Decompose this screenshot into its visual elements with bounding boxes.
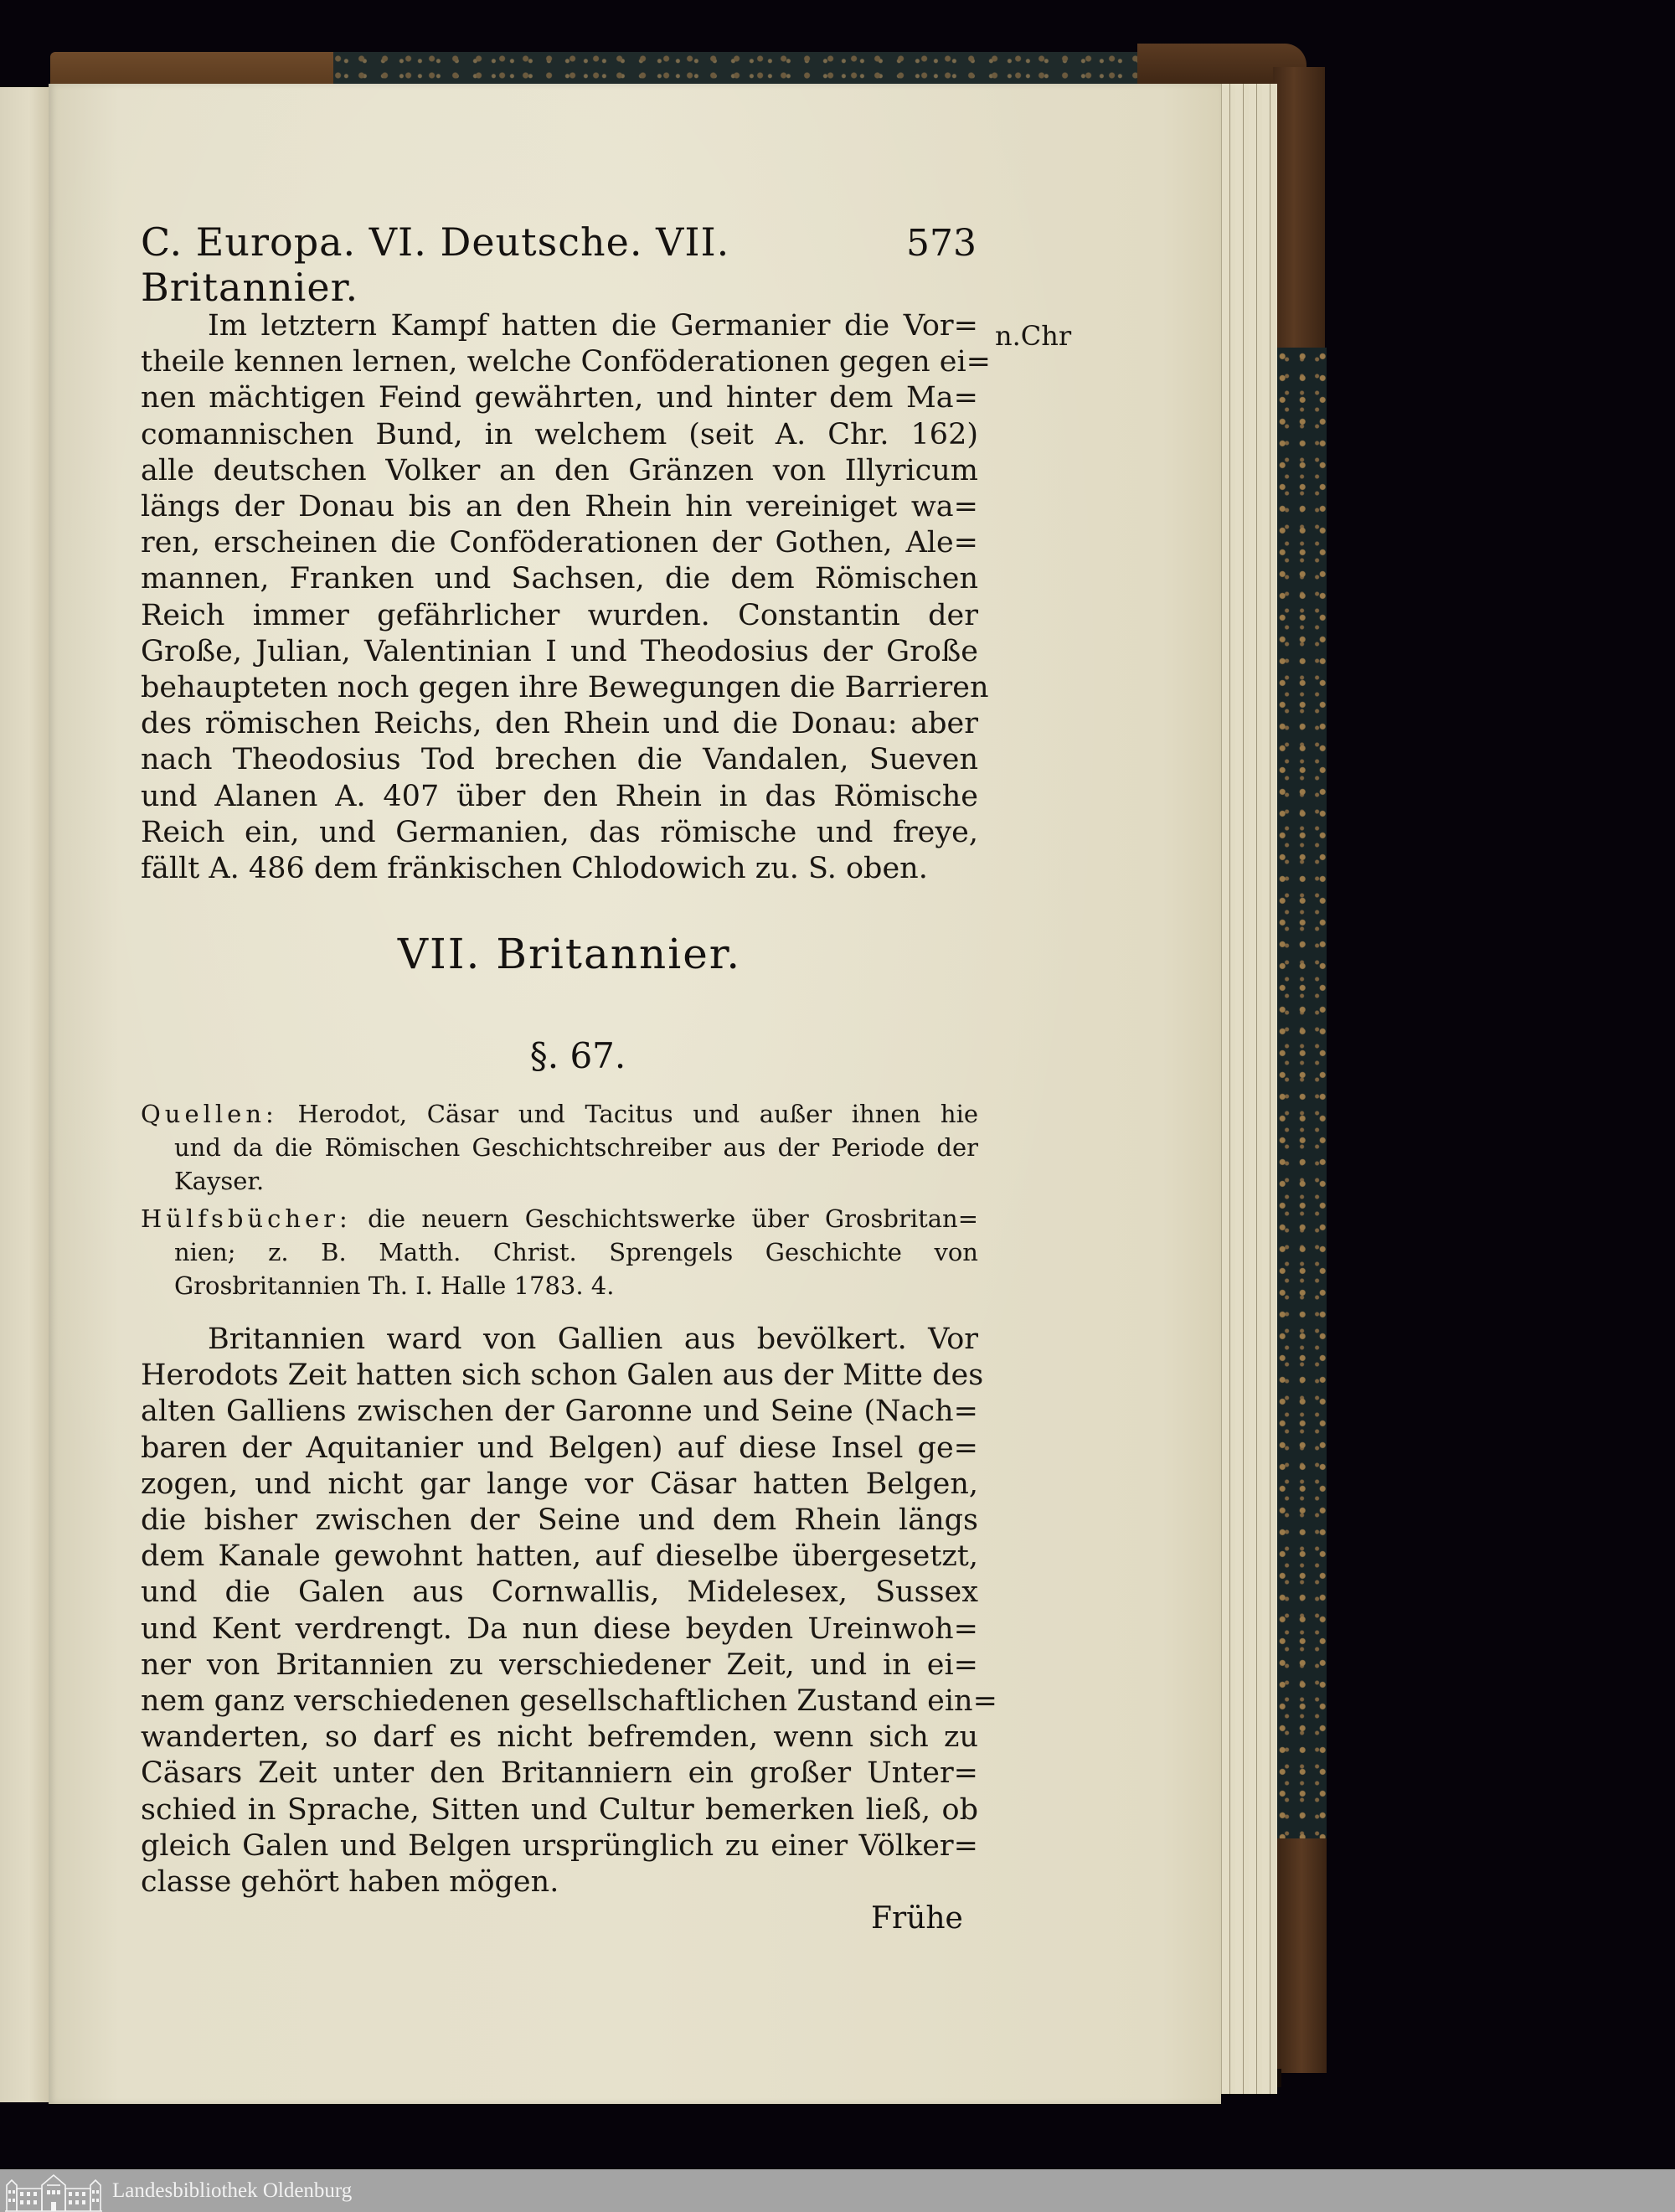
text-line: Cäsars Zeit unter den Britanniern ein gr… xyxy=(141,1756,978,1792)
text-line: ner von Britannien zu verschiedener Zeit… xyxy=(141,1647,978,1683)
text-line: wanderten, so darf es nicht befremden, w… xyxy=(141,1720,978,1756)
margin-note: n.Chr xyxy=(995,320,1071,352)
page-number: 573 xyxy=(906,222,977,265)
text-line: die neuern Geschichtswerke über Grosbrit… xyxy=(368,1204,978,1233)
aids-label: Hülfsbücher: xyxy=(141,1204,352,1233)
text-line: Reich immer gefährlicher wurden. Constan… xyxy=(141,598,978,634)
text-line: Kayser. xyxy=(141,1164,978,1198)
text-line: behaupteten noch gegen ihre Bewegungen d… xyxy=(141,670,978,706)
facing-page-edge xyxy=(0,87,49,2102)
text-line: und Alanen A. 407 über den Rhein in das … xyxy=(141,779,978,815)
text-line: zogen, und nicht gar lange vor Cäsar hat… xyxy=(141,1467,978,1503)
text-line: Im letztern Kampf hatten die Germanier d… xyxy=(141,308,978,344)
text-line: theile kennen lernen, welche Conföderati… xyxy=(141,344,978,380)
book-spine-leather-bottom xyxy=(1276,1838,1327,2073)
text-line: alle deutschen Volker an den Gränzen von… xyxy=(141,453,978,489)
page-stack-edges xyxy=(1221,84,1277,2094)
text-line: baren der Aquitanier und Belgen) auf die… xyxy=(141,1431,978,1467)
text-line: Reich ein, und Germanien, das römische u… xyxy=(141,815,978,851)
paragraph-germanier: Im letztern Kampf hatten die Germanier d… xyxy=(141,308,978,887)
running-head-title: C. Europa. VI. Deutsche. VII. Britannier… xyxy=(141,219,906,310)
book-spine-leather-top xyxy=(1273,67,1325,352)
footer-bar: Landesbibliothek Oldenburg xyxy=(0,2169,1675,2212)
text-line: nen mächtigen Feind gewährten, und hinte… xyxy=(141,380,978,416)
text-line: und die Galen aus Cornwallis, Midelesex,… xyxy=(141,1575,978,1611)
library-building-icon xyxy=(5,2173,102,2212)
text-line: nien; z. B. Matth. Christ. Sprengels Ges… xyxy=(141,1235,978,1269)
book-cover-top-marbled xyxy=(333,52,1137,87)
text-line: comannischen Bund, in welchem (seit A. C… xyxy=(141,417,978,453)
text-line: Herodot, Cäsar und Tacitus und außer ihn… xyxy=(297,1100,978,1128)
book-cover-top-brown xyxy=(50,52,335,87)
running-head: C. Europa. VI. Deutsche. VII. Britannier… xyxy=(141,219,978,278)
text-line: dem Kanale gewohnt hatten, auf dieselbe … xyxy=(141,1539,978,1575)
text-line: classe gehört haben mögen. xyxy=(141,1864,978,1900)
text-line: Herodots Zeit hatten sich schon Galen au… xyxy=(141,1358,978,1394)
catchword: Frühe xyxy=(871,1901,963,1936)
sources-note: Quellen: Herodot, Cäsar und Tacitus und … xyxy=(141,1097,978,1198)
text-line: nem ganz verschiedenen gesellschaftliche… xyxy=(141,1683,978,1720)
text-line: mannen, Franken und Sachsen, die dem Röm… xyxy=(141,561,978,597)
aids-note: Hülfsbücher: die neuern Geschichtswerke … xyxy=(141,1202,978,1302)
text-line: und da die Römischen Geschichtschreiber … xyxy=(141,1131,978,1164)
paragraph-britannien: Britannien ward von Gallien aus bevölker… xyxy=(141,1322,978,1900)
section-title: VII. Britannier. xyxy=(0,930,1114,978)
text-line: die bisher zwischen der Seine und dem Rh… xyxy=(141,1503,978,1539)
text-line: des römischen Reichs, den Rhein und die … xyxy=(141,706,978,742)
text-line: Britannien ward von Gallien aus bevölker… xyxy=(141,1322,978,1358)
text-line: schied in Sprache, Sitten und Cultur bem… xyxy=(141,1792,978,1828)
text-line: Grosbritannien Th. I. Halle 1783. 4. xyxy=(141,1269,978,1302)
text-line: längs der Donau bis an den Rhein hin ver… xyxy=(141,489,978,525)
text-line: gleich Galen und Belgen ursprünglich zu … xyxy=(141,1828,978,1864)
library-name: Landesbibliothek Oldenburg xyxy=(112,2179,352,2203)
text-line: fällt A. 486 dem fränkischen Chlodowich … xyxy=(141,851,978,887)
book-spine-marbled xyxy=(1276,348,1327,1838)
text-line: alten Galliens zwischen der Garonne und … xyxy=(141,1394,978,1430)
section-number: §. 67. xyxy=(0,1035,1122,1076)
text-line: Große, Julian, Valentinian I und Theodos… xyxy=(141,634,978,670)
sources-label: Quellen: xyxy=(141,1100,278,1128)
text-line: ren, erscheinen die Conföderationen der … xyxy=(141,525,978,561)
text-line: nach Theodosius Tod brechen die Vandalen… xyxy=(141,742,978,778)
text-line: und Kent verdrengt. Da nun diese beyden … xyxy=(141,1611,978,1647)
